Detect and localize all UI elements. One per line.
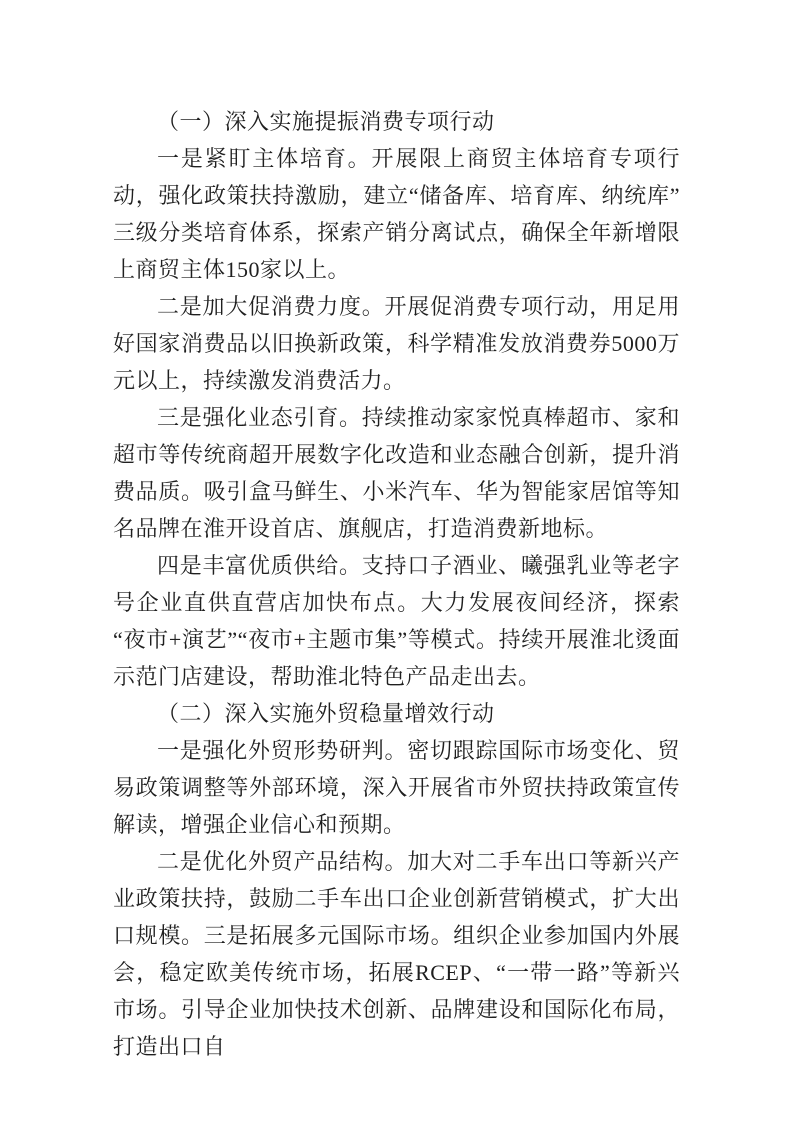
body-paragraph: 三是强化业态引育。持续推动家家悦真棒超市、家和超市等传统商超开展数字化改造和业态… — [113, 399, 680, 547]
section-heading: （二）深入实施外贸稳量增效行动 — [113, 695, 680, 732]
body-paragraph: 四是丰富优质供给。支持口子酒业、曦强乳业等老字号企业直供直营店加快布点。大力发展… — [113, 547, 680, 695]
body-paragraph: 二是优化外贸产品结构。加大对二手车出口等新兴产业政策扶持，鼓励二手车出口企业创新… — [113, 843, 680, 1065]
section-heading: （一）深入实施提振消费专项行动 — [113, 103, 680, 140]
body-paragraph: 一是强化外贸形势研判。密切跟踪国际市场变化、贸易政策调整等外部环境，深入开展省市… — [113, 732, 680, 843]
document-page: （一）深入实施提振消费专项行动一是紧盯主体培育。开展限上商贸主体培育专项行动，强… — [0, 0, 793, 1122]
body-paragraph: 一是紧盯主体培育。开展限上商贸主体培育专项行动，强化政策扶持激励，建立“储备库、… — [113, 140, 680, 288]
body-paragraph: 二是加大促消费力度。开展促消费专项行动，用足用好国家消费品以旧换新政策，科学精准… — [113, 288, 680, 399]
document-content: （一）深入实施提振消费专项行动一是紧盯主体培育。开展限上商贸主体培育专项行动，强… — [113, 103, 680, 1065]
